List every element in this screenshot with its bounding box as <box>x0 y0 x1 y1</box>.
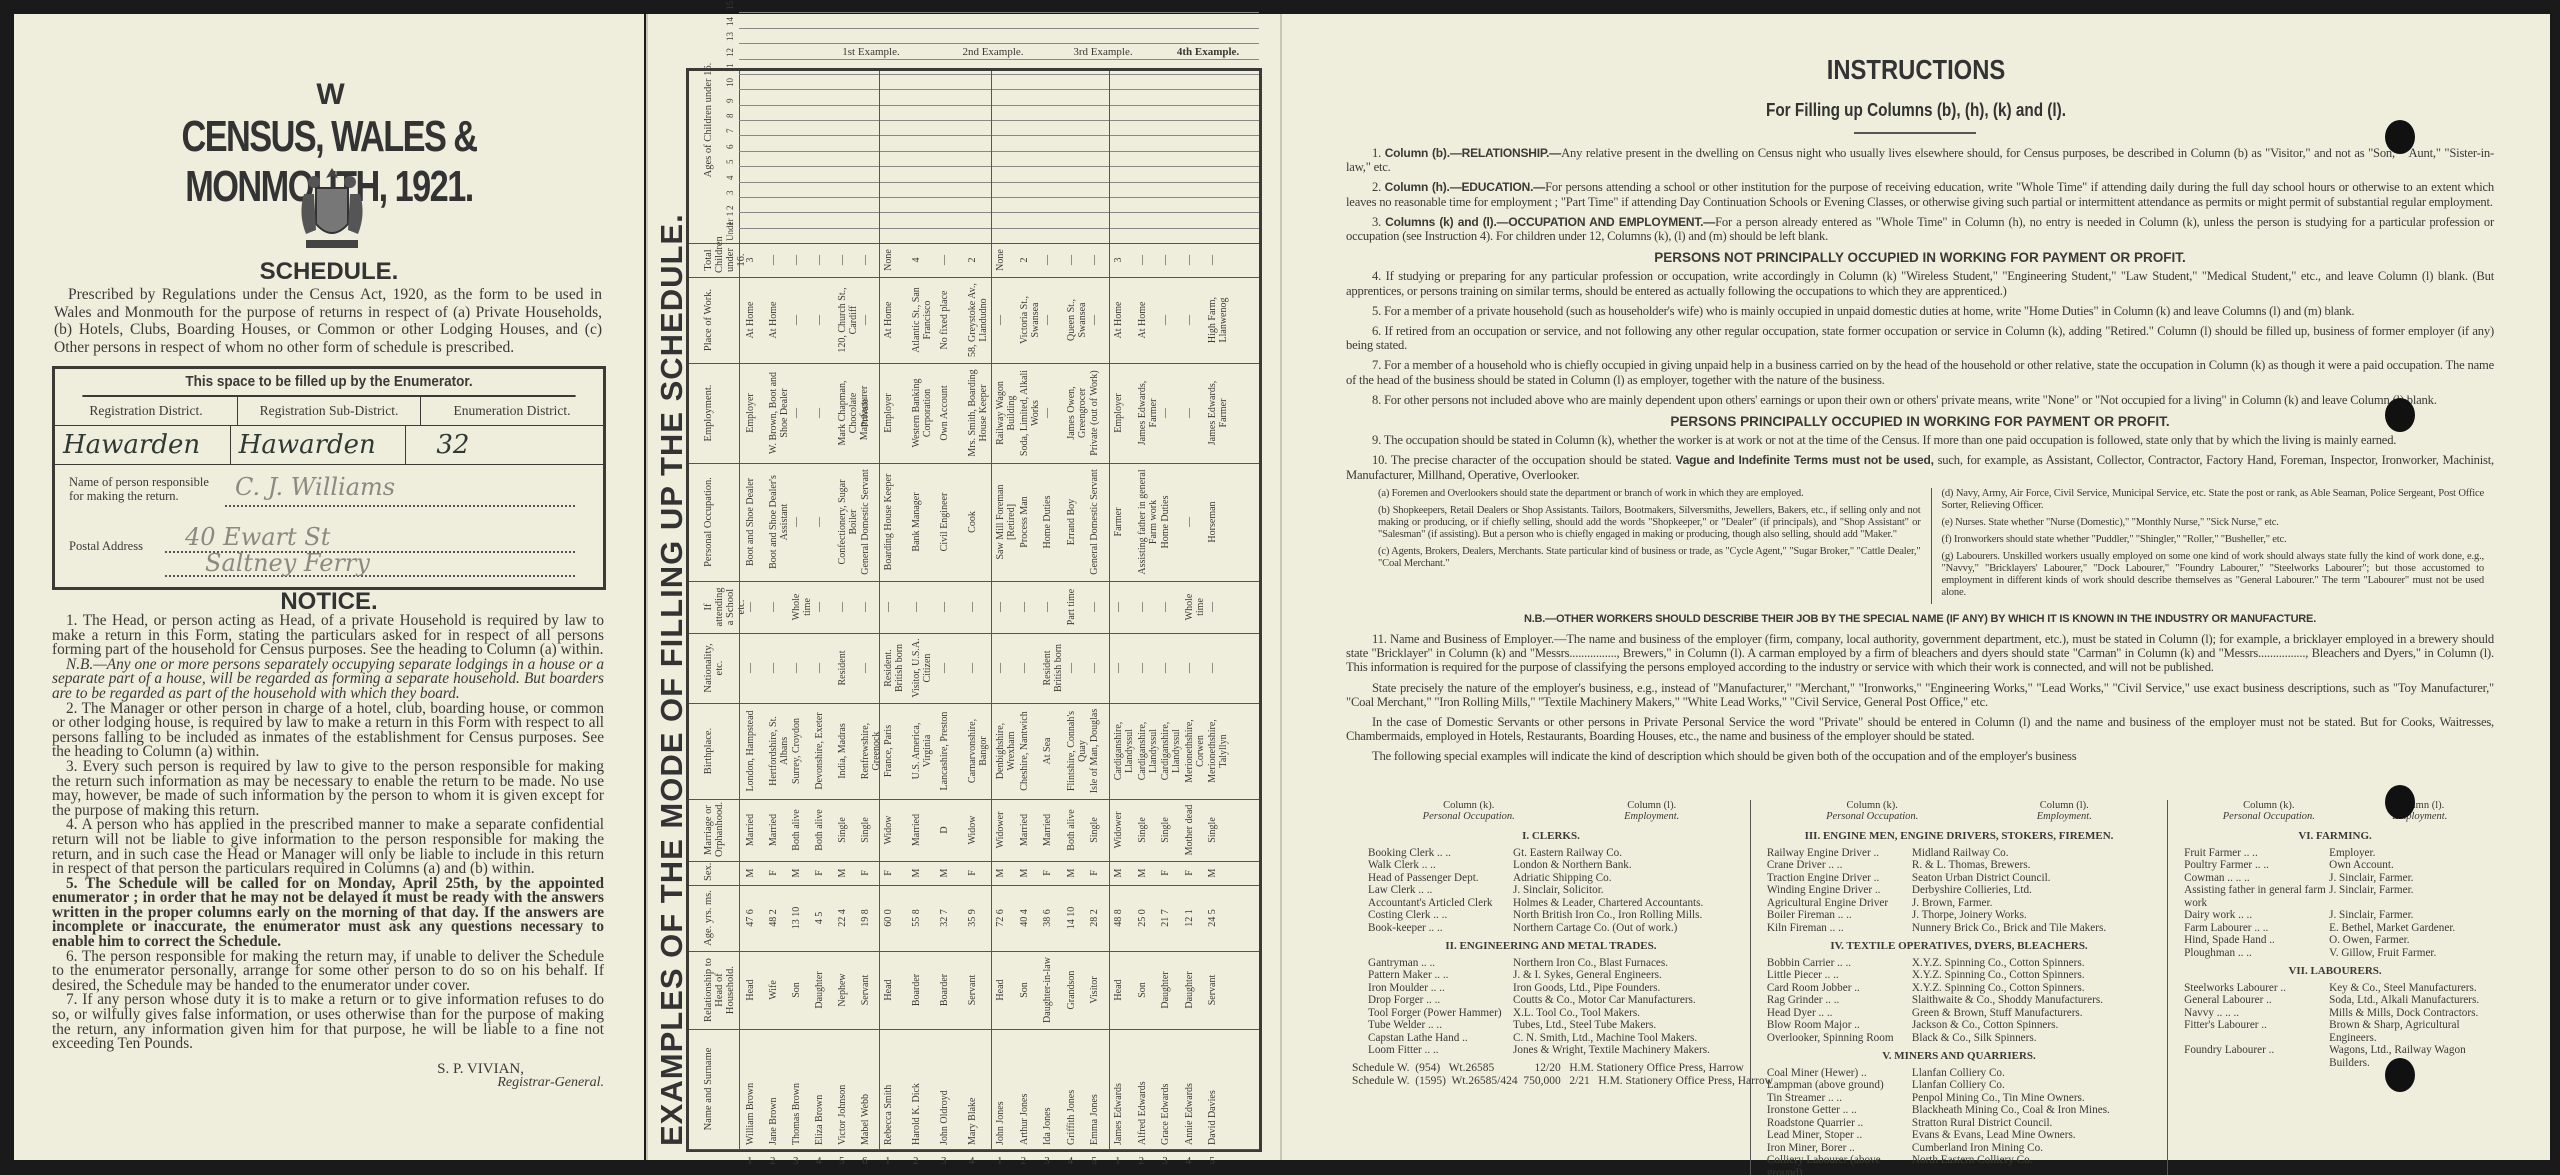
age-subcolumn-label: 10 <box>725 78 736 87</box>
notice-item: 4. A person who has applied in the presc… <box>52 818 604 876</box>
prescribed-text: Prescribed by Regulations under the Cens… <box>54 286 602 356</box>
table-cell-rel: Servant <box>860 955 871 1025</box>
table-cell-sex: M <box>995 865 1006 881</box>
table-cell-school: — <box>745 585 756 629</box>
age-subcolumn-label: 14 <box>725 17 736 26</box>
table-cell-marriage: Single <box>1160 803 1171 857</box>
registration-sub-district-value: Hawarden <box>231 426 407 464</box>
column-header: Name and Surname <box>703 1033 714 1145</box>
subrule-b: (b) Shopkeepers, Retail Dealers or Shop … <box>1378 505 1921 541</box>
employment: Black & Co., Silk Spinners. <box>1912 1032 2151 1045</box>
table-cell-name: Jane Brown <box>768 1033 779 1145</box>
example-row: Booking Clerk .. ..Gt. Eastern Railway C… <box>1368 847 1734 860</box>
example-row: Overlooker, Spinning RoomBlack & Co., Si… <box>1767 1032 2151 1045</box>
personal-occupation: Fruit Farmer .. .. <box>2184 847 2329 860</box>
subrule-f: (f) Ironworkers should state whether "Pu… <box>1942 534 2485 546</box>
personal-occupation: Lampman (above ground) <box>1767 1079 1912 1092</box>
table-cell-birthplace: Merionethshire, Corwen <box>1184 707 1206 795</box>
table-cell-nationality: Resident British born <box>1042 637 1064 699</box>
table-cell-name: Emma Jones <box>1089 1033 1100 1145</box>
table-cell-nationality: — <box>1207 637 1218 699</box>
table-cell-age: 55 8 <box>911 889 922 947</box>
employment: Iron Goods, Ltd., Pipe Founders. <box>1513 982 1734 995</box>
age-subcolumn-label: 12 <box>725 48 736 57</box>
employment: Brown & Sharp, Agricultural Engineers. <box>2329 1019 2486 1044</box>
table-cell-age: 24 5 <box>1207 889 1218 947</box>
age-subcolumn-label: 15 <box>725 1 736 10</box>
punch-hole <box>2385 120 2415 154</box>
table-cell-employment: — <box>1160 367 1171 459</box>
table-cell-age: 38 6 <box>1042 889 1053 947</box>
table-cell-nationality: — <box>1184 637 1195 699</box>
table-cell-birthplace: India, Madras <box>837 707 848 795</box>
table-cell-school: — <box>1207 585 1218 629</box>
employment: J. Sinclair, Farmer. <box>2329 884 2486 909</box>
table-cell-birthplace: Devonshire, Exeter <box>814 707 825 795</box>
table-cell-employment: Railway Wagon Building <box>995 367 1017 459</box>
table-cell-employment: — <box>1184 367 1195 459</box>
personal-occupation: Drop Forger .. .. <box>1368 994 1513 1007</box>
personal-occupation: Little Piecer .. .. <box>1767 969 1912 982</box>
table-cell-rel: Visitor <box>1089 955 1100 1025</box>
notice-item: 6. The person responsible for making the… <box>52 950 604 994</box>
age-subcolumn-label: 11 <box>725 63 736 72</box>
table-cell-name: Eliza Brown <box>814 1033 825 1145</box>
table-cell-rel: Grandson <box>1066 955 1077 1025</box>
table-cell-marriage: Married <box>1042 803 1053 857</box>
table-cell-sex: F <box>1160 865 1171 881</box>
personal-occupation: Ironstone Getter .. .. <box>1767 1104 1912 1117</box>
example-row: Ironstone Getter .. ..Blackheath Mining … <box>1767 1104 2151 1117</box>
column-header: Ages of Children under 16. <box>703 1 714 239</box>
table-cell-sex: F <box>883 865 894 881</box>
table-cell-marriage: Widower <box>1113 803 1124 857</box>
employment: J. Brown, Farmer. <box>1912 897 2151 910</box>
examples-vertical-title: EXAMPLES OF THE MODE OF FILLING UP THE S… <box>654 213 690 1146</box>
age-subcolumn-label: 5 <box>725 160 736 165</box>
personal-occupation: Roadstone Quarrier .. <box>1767 1117 1912 1130</box>
personal-occupation: Dairy work .. .. <box>2184 909 2329 922</box>
table-cell-name: Ida Jones <box>1042 1033 1053 1145</box>
row-number: 5 <box>839 1155 845 1167</box>
table-cell-sex: M <box>1207 865 1218 881</box>
personal-occupation: Colliery Labourer (above ground) <box>1767 1154 1912 1175</box>
employment: Derbyshire Collieries, Ltd. <box>1912 884 2151 897</box>
responsible-person-value: C. J. Williams <box>235 473 395 501</box>
occupation-subrules: (a) Foremen and Overlookers should state… <box>1368 488 2494 604</box>
age-subcolumn-label: 1 <box>725 221 736 226</box>
section-not-occupied-heading: PERSONS NOT PRINCIPALLY OCCUPIED IN WORK… <box>1346 251 2494 265</box>
row-number: 5 <box>1209 1155 1215 1167</box>
example-row: Rag Grinder .. ..Slaithwaite & Co., Shod… <box>1767 994 2151 1007</box>
subrule-g: (g) Labourers. Unskilled workers usually… <box>1942 551 2485 599</box>
table-cell-sex: F <box>1184 865 1195 881</box>
example-row: Assisting father in general farm workJ. … <box>2184 884 2486 909</box>
employment: Blackheath Mining Co., Coal & Iron Mines… <box>1912 1104 2151 1117</box>
personal-occupation: Loom Fitter .. .. <box>1368 1044 1513 1057</box>
instructions-page: INSTRUCTIONS For Filling up Columns (b),… <box>1280 14 2550 1160</box>
employment: X.Y.Z. Spinning Co., Cotton Spinners. <box>1912 957 2151 970</box>
row-number: 2 <box>1139 1155 1145 1167</box>
example-row: Walk Clerk .. ..London & Northern Bank. <box>1368 859 1734 872</box>
table-cell-place: At Home <box>883 281 894 359</box>
title-divider <box>1854 132 1976 134</box>
responsible-person-label: Name of person responsible for making th… <box>69 475 209 503</box>
table-cell-marriage: Married <box>911 803 922 857</box>
example-row: Tube Welder .. ..Tubes, Ltd., Steel Tube… <box>1368 1019 1734 1032</box>
table-cell-place: At Home <box>768 281 779 359</box>
table-cell-name: William Brown <box>745 1033 756 1145</box>
table-cell-age: 60 0 <box>883 889 894 947</box>
table-cell-birthplace: Carnarvonshire, Bangor <box>967 707 989 795</box>
table-cell-sex: M <box>1019 865 1030 881</box>
table-cell-sex: M <box>1066 865 1077 881</box>
table-cell-rel: Daughter <box>1184 955 1195 1025</box>
example-row: Fruit Farmer .. ..Employer. <box>2184 847 2486 860</box>
age-subcolumn-label: 4 <box>725 175 736 180</box>
example-row: Foundry Labourer ..Wagons, Ltd., Railway… <box>2184 1044 2486 1069</box>
table-cell-school: — <box>1113 585 1124 629</box>
table-cell-birthplace: Isle of Man, Douglas <box>1089 707 1100 795</box>
table-cell-school: — <box>1089 585 1100 629</box>
table-cell-marriage: Married <box>768 803 779 857</box>
table-cell-school: — <box>911 585 922 629</box>
schedule-cover-page: W CENSUS, WALES & MONMOUTH, 1921. SCHEDU… <box>14 14 644 1160</box>
employment: X.Y.Z. Spinning Co., Cotton Spinners. <box>1912 969 2151 982</box>
print-footer: Schedule W. (954) Wt.26585 12/20 H.M. St… <box>1352 1062 1773 1088</box>
table-cell-name: Rebecca Smith <box>883 1033 894 1145</box>
row-number: 4 <box>969 1155 975 1167</box>
table-cell-rel: Head <box>995 955 1006 1025</box>
instruction-4: 4. If studying or preparing for any part… <box>1346 269 2494 297</box>
age-subcolumn-line <box>739 120 1259 121</box>
following-examples: The following special examples will indi… <box>1346 749 2494 763</box>
table-cell-age: 19 8 <box>860 889 871 947</box>
example-row: Kiln Fireman .. ..Nunnery Brick Co., Bri… <box>1767 922 2151 935</box>
table-cell-age: 72 6 <box>995 889 1006 947</box>
table-cell-school: — <box>939 585 950 629</box>
table-cell-sex: M <box>837 865 848 881</box>
personal-occupation: Card Room Jobber .. <box>1767 982 1912 995</box>
enumeration-district-value: 32 <box>406 426 603 464</box>
table-cell-nationality: — <box>860 637 871 699</box>
personal-occupation: Booking Clerk .. .. <box>1368 847 1513 860</box>
example-row: Navvy .. .. ..Mills & Mills, Dock Contra… <box>2184 1007 2486 1020</box>
instruction-5: 5. For a member of a private household (… <box>1346 304 2494 318</box>
table-cell-employment: Employer <box>745 367 756 459</box>
personal-occupation: Bobbin Carrier .. .. <box>1767 957 1912 970</box>
example-row: Costing Clerk .. ..North British Iron Co… <box>1368 909 1734 922</box>
table-cell-birthplace: Merionethshire, Talyllyn <box>1207 707 1229 795</box>
personal-occupation: Hind, Spade Hand .. <box>2184 934 2329 947</box>
punch-hole <box>2385 398 2415 432</box>
table-cell-nationality: Resident. British born <box>883 637 905 699</box>
personal-occupation: Poultry Farmer .. .. <box>2184 859 2329 872</box>
employment: Coutts & Co., Motor Car Manufacturers. <box>1513 994 1734 1007</box>
instruction-11: 11. Name and Business of Employer.—The n… <box>1346 632 2494 675</box>
example-row: Head Dyer .. ..Green & Brown, Stuff Manu… <box>1767 1007 2151 1020</box>
table-cell-age: 32 7 <box>939 889 950 947</box>
notice-item-bold: 5. The Schedule will be called for on Mo… <box>52 877 604 950</box>
table-cell-occupation: Boot and Shoe Dealer's Assistant <box>768 467 790 577</box>
table-cell-sex: M <box>1113 865 1124 881</box>
table-cell-employment: Employer <box>1113 367 1124 459</box>
table-cell-employment: Own Account <box>939 367 950 459</box>
example-row: Tool Forger (Power Hammer)X.L. Tool Co.,… <box>1368 1007 1734 1020</box>
example-row: Roadstone Quarrier ..Stratton Rural Dist… <box>1767 1117 2151 1130</box>
personal-occupation: Accountant's Articled Clerk <box>1368 897 1513 910</box>
personal-occupation: Walk Clerk .. .. <box>1368 859 1513 872</box>
table-cell-age: 40 4 <box>1019 889 1030 947</box>
table-cell-children: — <box>768 247 779 273</box>
example-row: Loom Fitter .. ..Jones & Wright, Textile… <box>1368 1044 1734 1057</box>
schedule-w-mark: W <box>14 78 644 112</box>
table-cell-place: No fixed place <box>939 281 950 359</box>
table-cell-name: Victor Johnson <box>837 1033 848 1145</box>
column-band-ages <box>689 0 1259 244</box>
table-cell-nationality: — <box>768 637 779 699</box>
header-divider <box>739 71 740 1149</box>
example-column-headers: Column (k).Personal Occupation.Column (l… <box>1368 800 1734 822</box>
example-row: Iron Miner, Borer ..Cumberland Iron Mini… <box>1767 1142 2151 1155</box>
table-cell-age: 22 4 <box>837 889 848 947</box>
row-number: 4 <box>1186 1155 1192 1167</box>
employment: Green & Brown, Stuff Manufacturers. <box>1912 1007 2151 1020</box>
age-subcolumn-label: 8 <box>725 114 736 119</box>
table-cell-school: — <box>1137 585 1148 629</box>
table-cell-marriage: Single <box>860 803 871 857</box>
registration-sub-district-label: Registration Sub-District. <box>238 397 421 425</box>
row-number: 1 <box>885 1155 891 1167</box>
employment: Mills & Mills, Dock Contractors. <box>2329 1007 2486 1020</box>
table-cell-employment: James Owen, Greengrocer <box>1066 367 1088 459</box>
example-row: Tin Streamer .. ..Penpol Mining Co., Tin… <box>1767 1092 2151 1105</box>
occupation-examples: Column (k).Personal Occupation.Column (l… <box>1352 800 2502 1175</box>
example-row: Agricultural Engine DriverJ. Brown, Farm… <box>1767 897 2151 910</box>
instruction-6: 6. If retired from an occupation or serv… <box>1346 324 2494 352</box>
row-number: 2 <box>770 1155 776 1167</box>
example-section-title: II. ENGINEERING AND METAL TRADES. <box>1368 940 1734 953</box>
example-row: Boiler Fireman .. ..J. Thorpe, Joinery W… <box>1767 909 2151 922</box>
example-row: Farm Labourer .. ..E. Bethel, Market Gar… <box>2184 922 2486 935</box>
employment: Northern Iron Co., Blast Furnaces. <box>1513 957 1734 970</box>
table-cell-occupation: Assisting father in general Farm work <box>1137 467 1159 577</box>
table-cell-school: — <box>837 585 848 629</box>
table-cell-school: — <box>995 585 1006 629</box>
employment: R. & L. Thomas, Brewers. <box>1912 859 2151 872</box>
age-subcolumn-line <box>739 212 1259 213</box>
table-cell-children: — <box>837 247 848 273</box>
table-cell-employment: Employer <box>883 367 894 459</box>
example-row: Steelworks Labourer ..Key & Co., Steel M… <box>2184 982 2486 995</box>
example-row: Traction Engine Driver ..Seaton Urban Di… <box>1767 872 2151 885</box>
table-cell-place: — <box>791 281 802 359</box>
employment: Llanfan Colliery Co. <box>1912 1079 2151 1092</box>
table-cell-occupation: Boot and Shoe Dealer <box>745 467 756 577</box>
personal-occupation: Agricultural Engine Driver <box>1767 897 1912 910</box>
table-cell-rel: Daughter <box>814 955 825 1025</box>
column-header: Nationality, etc. <box>703 637 725 699</box>
instructions-title: INSTRUCTIONS <box>1377 54 2455 86</box>
employment: Seaton Urban District Council. <box>1912 872 2151 885</box>
age-subcolumn-label: 6 <box>725 144 736 149</box>
table-cell-birthplace: Cardiganshire, Llandyssul <box>1160 707 1182 795</box>
table-cell-employment: James Edwards, Farmer <box>1207 367 1229 459</box>
table-cell-rel: Nephew <box>837 955 848 1025</box>
table-cell-occupation: General Domestic Servant <box>860 467 871 577</box>
postal-address-line-2-value: Saltney Ferry <box>205 549 370 577</box>
table-cell-name: Mabel Webb <box>860 1033 871 1145</box>
state-precisely: State precisely the nature of the employ… <box>1346 681 2494 709</box>
table-cell-nationality: Resident <box>837 637 848 699</box>
table-cell-school: — <box>1042 585 1053 629</box>
employment: Employer. <box>2329 847 2486 860</box>
employment: J. Sinclair, Solicitor. <box>1513 884 1734 897</box>
table-cell-nationality: — <box>1019 637 1030 699</box>
table-cell-age: 13 10 <box>791 889 802 947</box>
example-row: Blow Room Major ..Jackson & Co., Cotton … <box>1767 1019 2151 1032</box>
age-subcolumn-line <box>739 135 1259 136</box>
table-cell-employment: — <box>814 367 825 459</box>
example-section-title: V. MINERS AND QUARRIERS. <box>1767 1050 2151 1063</box>
personal-occupation: Tool Forger (Power Hammer) <box>1368 1007 1513 1020</box>
table-cell-age: 12 1 <box>1184 889 1195 947</box>
example-row: Hind, Spade Hand ..O. Owen, Farmer. <box>2184 934 2486 947</box>
example-column-headers: Column (k).Personal Occupation.Column (l… <box>1767 800 2151 822</box>
personal-occupation: Foundry Labourer .. <box>2184 1044 2329 1069</box>
age-subcolumn-line <box>739 28 1259 29</box>
table-cell-employment: Private <box>860 367 871 459</box>
table-cell-nationality: — <box>1066 637 1077 699</box>
table-cell-name: Mary Blake <box>967 1033 978 1145</box>
example-row: Lead Miner, Stoper ..Evans & Evans, Lead… <box>1767 1129 2151 1142</box>
row-number: 3 <box>1162 1155 1168 1167</box>
personal-occupation: Winding Engine Driver .. <box>1767 884 1912 897</box>
example-section-title: VI. FARMING. <box>2184 830 2486 843</box>
notice-list: 1. The Head, or person acting as Head, o… <box>52 614 604 1091</box>
example-row: Winding Engine Driver ..Derbyshire Colli… <box>1767 884 2151 897</box>
column-header: Age. yrs. ms. <box>703 889 714 947</box>
table-cell-nationality: — <box>1089 637 1100 699</box>
employment: Evans & Evans, Lead Mine Owners. <box>1912 1129 2151 1142</box>
table-cell-school: — <box>768 585 779 629</box>
personal-occupation: Tube Welder .. .. <box>1368 1019 1513 1032</box>
subrule-a: (a) Foremen and Overlookers should state… <box>1378 488 1921 500</box>
table-cell-marriage: Single <box>1137 803 1148 857</box>
table-cell-place: 58, Greystoke Av., Llandudno <box>967 281 989 359</box>
instruction-9: 9. The occupation should be stated in Co… <box>1346 433 2494 447</box>
nb-special-name: N.B.—OTHER WORKERS SHOULD DESCRIBE THEIR… <box>1346 612 2494 626</box>
table-cell-rel: Head <box>1113 955 1124 1025</box>
table-cell-occupation: — <box>791 467 802 577</box>
employment: O. Owen, Farmer. <box>2329 934 2486 947</box>
employment: Stratton Rural District Council. <box>1912 1117 2151 1130</box>
example-divider <box>991 71 992 1149</box>
table-cell-nationality: — <box>995 637 1006 699</box>
table-cell-children: 3 <box>745 247 756 273</box>
table-cell-children: — <box>1184 247 1195 273</box>
table-cell-name: Thomas Brown <box>791 1033 802 1145</box>
example-section-title: VII. LABOURERS. <box>2184 965 2486 978</box>
example-row: Iron Moulder .. ..Iron Goods, Ltd., Pipe… <box>1368 982 1734 995</box>
table-cell-rel: Son <box>791 955 802 1025</box>
table-cell-rel: Servant <box>1207 955 1218 1025</box>
table-cell-employment: — <box>791 367 802 459</box>
age-subcolumn-label: 2 <box>725 206 736 211</box>
personal-occupation: Lead Miner, Stoper .. <box>1767 1129 1912 1142</box>
employment: North British Iron Co., Iron Rolling Mil… <box>1513 909 1734 922</box>
row-number: 1 <box>1115 1155 1121 1167</box>
example-row: Railway Engine Driver ..Midland Railway … <box>1767 847 2151 860</box>
table-cell-employment: Western Banking Corporation <box>911 367 933 459</box>
table-cell-marriage: Both alive <box>1066 803 1077 857</box>
example-row: Fitter's Labourer ..Brown & Sharp, Agric… <box>2184 1019 2486 1044</box>
table-cell-place: — <box>1042 281 1053 359</box>
instruction-2: 2. Column (h).—EDUCATION.—For persons at… <box>1346 180 2494 208</box>
age-subcolumn-line <box>739 105 1259 106</box>
example-group: Column (k).Personal Occupation.Column (l… <box>1751 800 2168 1175</box>
table-cell-marriage: Single <box>837 803 848 857</box>
personal-occupation: Cowman .. .. .. <box>2184 872 2329 885</box>
table-cell-name: Griffith Jones <box>1066 1033 1077 1145</box>
table-cell-occupation: Process Man <box>1019 467 1030 577</box>
table-cell-birthplace: U.S. America, Virginia <box>911 707 933 795</box>
table-cell-name: Arthur Jones <box>1019 1033 1030 1145</box>
example-row: Capstan Lathe Hand ..C. N. Smith, Ltd., … <box>1368 1032 1734 1045</box>
table-cell-school: — <box>1160 585 1171 629</box>
age-subcolumn-label: Under 1 <box>725 212 736 241</box>
table-cell-children: 4 <box>911 247 922 273</box>
employment: Soda, Ltd., Alkali Manufacturers. <box>2329 994 2486 1007</box>
column-header: Marriage or Orphanhood. <box>703 803 725 857</box>
table-cell-children: None <box>995 247 1006 273</box>
table-cell-occupation: Cook <box>967 467 978 577</box>
instructions-subtitle: For Filling up Columns (b), (h), (k) and… <box>1377 100 2455 121</box>
personal-occupation: Capstan Lathe Hand .. <box>1368 1032 1513 1045</box>
age-subcolumn-label: 3 <box>725 190 736 195</box>
column-header: Relationship to Head of Household. <box>703 955 736 1025</box>
table-cell-marriage: Mother dead <box>1184 803 1195 857</box>
employment: Tubes, Ltd., Steel Tube Makers. <box>1513 1019 1734 1032</box>
table-cell-sex: M <box>911 865 922 881</box>
personal-occupation: Assisting father in general farm work <box>2184 884 2329 909</box>
table-cell-birthplace: Surrey, Croydon <box>791 707 802 795</box>
example-group: Column (k).Personal Occupation.Column (l… <box>1352 800 1751 1175</box>
example-row: Drop Forger .. ..Coutts & Co., Motor Car… <box>1368 994 1734 1007</box>
employment: J. & I. Sykes, General Engineers. <box>1513 969 1734 982</box>
personal-occupation: Gantryman .. .. <box>1368 957 1513 970</box>
table-cell-age: 14 10 <box>1066 889 1077 947</box>
table-cell-children: — <box>791 247 802 273</box>
subrule-e: (e) Nurses. State whether "Nurse (Domest… <box>1942 517 2485 529</box>
table-cell-birthplace: Cheshire, Nantwich <box>1019 707 1030 795</box>
table-cell-rel: Son <box>1137 955 1148 1025</box>
table-cell-age: 4 5 <box>814 889 825 947</box>
employment: Key & Co., Steel Manufacturers. <box>2329 982 2486 995</box>
age-subcolumn-line <box>739 182 1259 183</box>
table-cell-place: — <box>1089 281 1100 359</box>
example-row: Card Room Jobber ..X.Y.Z. Spinning Co., … <box>1767 982 2151 995</box>
employment: J. Sinclair, Farmer. <box>2329 872 2486 885</box>
row-number: 4 <box>816 1155 822 1167</box>
table-cell-children: — <box>814 247 825 273</box>
column-header: If attending a School etc. <box>703 585 747 629</box>
table-cell-place: — <box>860 281 871 359</box>
table-cell-age: 21 7 <box>1160 889 1171 947</box>
table-cell-place: — <box>1184 281 1195 359</box>
table-cell-school: — <box>883 585 894 629</box>
personal-occupation: Iron Miner, Borer .. <box>1767 1142 1912 1155</box>
